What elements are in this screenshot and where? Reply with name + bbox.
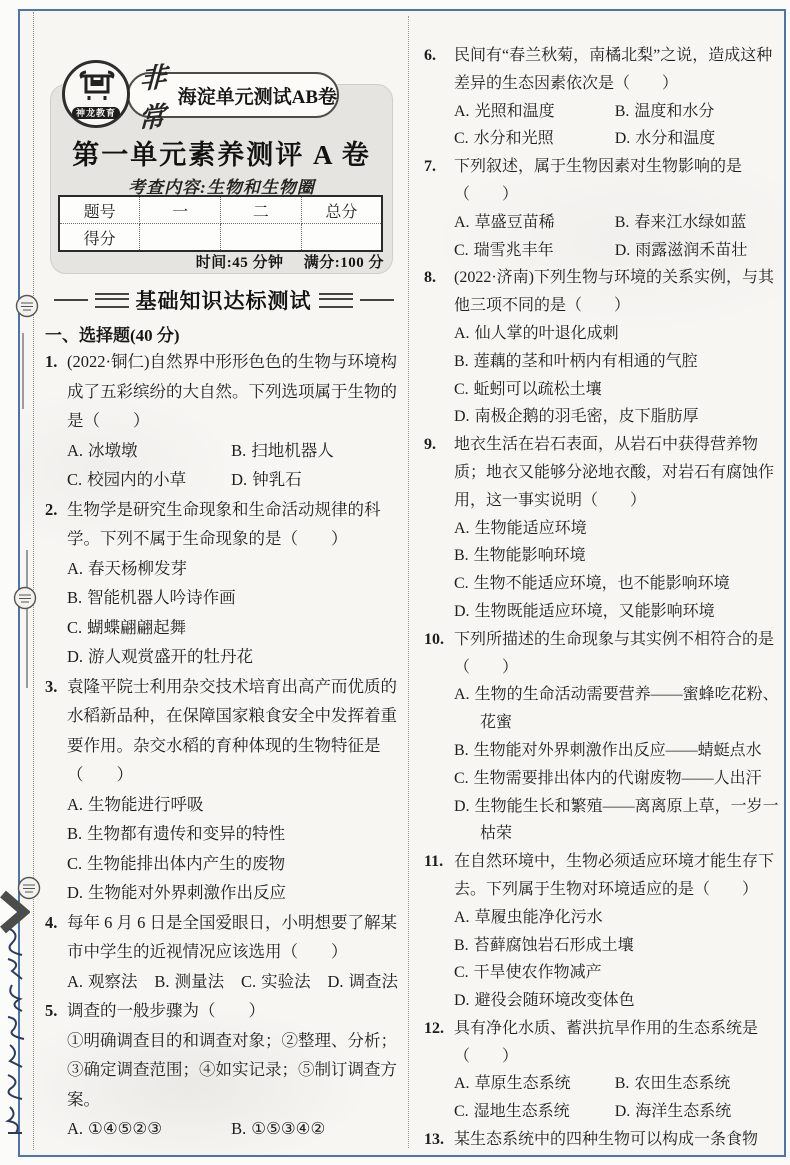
question-options: A.生物能适应环境 B.生物能影响环境 C.生物不能适应环境，也不能影响环境 D… [454, 515, 782, 626]
section-banner: 基础知识达标测试 [45, 285, 402, 315]
option-a: A.冰墩墩 [67, 436, 231, 466]
option-a: A.草履虫能净化污水 [454, 904, 782, 932]
option-a: A.仙人掌的叶退化成刺 [454, 320, 782, 348]
question-number: 5. [45, 996, 57, 1026]
option-a: A.草盛豆苗稀 [454, 209, 615, 237]
option-a: A.生物的生命活动需要营养——蜜蜂吃花粉、花蜜 [454, 681, 782, 737]
question-12: 12.具有净化水质、蓄洪抗旱作用的生态系统是（ ） A.草原生态系统 B.农田生… [424, 1015, 782, 1126]
question-stem: 某生态系统中的四种生物可以构成一条食物 [454, 1131, 758, 1148]
option-d: D.生物既能适应环境，又能影响环境 [454, 598, 782, 626]
option-a: A.春天杨柳发芽 [67, 554, 402, 584]
dragon-mask-logo-icon [78, 70, 116, 107]
question-number: 1. [45, 347, 57, 377]
score-table-header-cell: 一 [140, 196, 221, 224]
option-c: C.水分和光照 [454, 125, 615, 153]
option-b: B.农田生态系统 [615, 1070, 782, 1098]
question-options: A.观察法 B.测量法 C.实验法 D.调查法 [67, 967, 402, 997]
right-question-column: 6.民间有“春兰秋菊，南橘北梨”之说，造成这种差异的生态因素依次是（ ） A.光… [424, 42, 782, 1148]
score-table-score-row: 得分 [59, 224, 382, 252]
question-10: 10.下列所描述的生命现象与其实例不相符合的是（ ） A.生物的生命活动需要营养… [424, 626, 782, 848]
series-banner: 非常 海淀单元测试AB卷 [127, 72, 339, 118]
score-cell-empty [221, 224, 302, 252]
option-c: C.蝴蝶翩翩起舞 [67, 613, 402, 643]
margin-line-segment [26, 550, 28, 688]
handwriting-margin-note [2, 925, 30, 1155]
question-2: 2.生物学是研究生命现象和生命活动规律的科学。下列不属于生命现象的是（ ） A.… [45, 495, 402, 672]
question-number: 11. [424, 848, 443, 876]
question-number: 3. [45, 672, 57, 702]
score-cell-empty [140, 224, 221, 252]
option-d: D.钟乳石 [231, 465, 402, 495]
seal-stamp-icon [15, 294, 39, 318]
option-c: C.生物能排出体内产生的废物 [67, 849, 402, 879]
question-8: 8.(2022·济南)下列生物与环境的关系实例，与其他三项不同的是（ ） A.仙… [424, 264, 782, 431]
option-c: C.蚯蚓可以疏松土壤 [454, 376, 782, 404]
option-d: D.避役会随环境改变体色 [454, 987, 782, 1015]
question-stem: 每年 6 月 6 日是全国爱眼日，小明想要了解某市中学生的近视情况应该选用（ ） [67, 913, 397, 962]
question-number: 7. [424, 153, 436, 181]
question-options: A.冰墩墩 B.扫地机器人 C.校园内的小草 D.钟乳石 [67, 436, 402, 495]
option-d: D.生物能生长和繁殖——离离原上草，一岁一枯荣 [454, 793, 782, 849]
time-and-score-meta: 时间:45 分钟 满分:100 分 [196, 251, 384, 272]
option-b: B.扫地机器人 [231, 436, 402, 466]
option-a: A.草原生态系统 [454, 1070, 615, 1098]
publisher-logo: 神龙教育 [62, 60, 130, 128]
binding-dotted-line [33, 12, 34, 1150]
page-title: 第一单元素养测评 A 卷 [51, 133, 392, 172]
question-3: 3.袁隆平院士利用杂交技术培育出高产而优质的水稻新品种，在保障国家粮食安全中发挥… [45, 672, 402, 908]
question-options: A.草原生态系统 B.农田生态系统 C.湿地生态系统 D.海洋生态系统 [454, 1070, 782, 1126]
question-number: 6. [424, 42, 436, 70]
option-a: A.①④⑤②③ [67, 1114, 231, 1143]
option-a: A.光照和温度 [454, 98, 615, 126]
question-1: 1.(2022·铜仁)自然界中形形色色的生物与环境构成了五彩缤纷的大自然。下列选… [45, 347, 402, 495]
option-d: D.南极企鹅的羽毛密，皮下脂肪厚 [454, 403, 782, 431]
question-number: 10. [424, 626, 444, 654]
option-d: D.调查法 [327, 967, 398, 997]
option-b: B.智能机器人吟诗作画 [67, 583, 402, 613]
question-stem: 地衣生活在岩石表面，从岩石中获得营养物质；地衣又能够分泌地衣酸，对岩石有腐蚀作用… [454, 436, 774, 509]
option-b: B.生物都有遗传和变异的特性 [67, 819, 402, 849]
question-stem: 袁隆平院士利用杂交技术培育出高产而优质的水稻新品种，在保障国家粮食安全中发挥着重… [67, 677, 397, 785]
question-options: A.春天杨柳发芽 B.智能机器人吟诗作画 C.蝴蝶翩翩起舞 D.游人观赏盛开的牡… [67, 554, 402, 672]
option-c: C.实验法 [241, 967, 311, 997]
question-options: A.草履虫能净化污水 B.苔藓腐蚀岩石形成土壤 C.干旱使农作物减产 D.避役会… [454, 904, 782, 1015]
option-c: C.生物不能适应环境，也不能影响环境 [454, 570, 782, 598]
option-b: B.生物能影响环境 [454, 542, 782, 570]
option-b: B.苔藓腐蚀岩石形成土壤 [454, 932, 782, 960]
option-d: D.游人观赏盛开的牡丹花 [67, 642, 402, 672]
banner-left-triple-line [95, 293, 129, 308]
question-9: 9.地衣生活在岩石表面，从岩石中获得营养物质；地衣又能够分泌地衣酸，对岩石有腐蚀… [424, 431, 782, 626]
option-c: C.校园内的小草 [67, 465, 231, 495]
question-options: A.生物能进行呼吸 B.生物都有遗传和变异的特性 C.生物能排出体内产生的废物 … [67, 790, 402, 908]
banner-left-dash [54, 299, 88, 301]
question-stem: (2022·济南)下列生物与环境的关系实例，与其他三项不同的是（ ） [454, 269, 774, 314]
question-5: 5.调查的一般步骤为（ ） ①明确调查目的和调查对象；②整理、分析；③确定调查范… [45, 996, 402, 1143]
banner-right-triple-line [319, 293, 353, 308]
question-6: 6.民间有“春兰秋菊，南橘北梨”之说，造成这种差异的生态因素依次是（ ） A.光… [424, 42, 782, 153]
publisher-name: 神龙教育 [72, 107, 120, 119]
question-stem: 在自然环境中，生物必须适应环境才能生存下去。下列属于生物对环境适应的是（ ） [454, 853, 774, 898]
question-options: A.草盛豆苗稀 B.春来江水绿如蓝 C.瑞雪兆丰年 D.雨露滋润禾苗壮 [454, 209, 782, 265]
margin-line-segment [22, 333, 24, 409]
option-b: B.莲藕的茎和叶柄内有相通的气腔 [454, 348, 782, 376]
score-table-header-cell: 总分 [301, 196, 382, 224]
brand-script-text: 非常 [138, 54, 175, 136]
left-question-column: 1.(2022·铜仁)自然界中形形色色的生物与环境构成了五彩缤纷的大自然。下列选… [45, 347, 402, 1143]
question-number: 4. [45, 908, 57, 938]
column-divider-dotted-line [408, 16, 409, 1148]
question-options: A.仙人掌的叶退化成刺 B.莲藕的茎和叶柄内有相通的气腔 C.蚯蚓可以疏松土壤 … [454, 320, 782, 431]
question-stem: 生物学是研究生命现象和生命活动规律的科学。下列不属于生命现象的是（ ） [67, 500, 381, 549]
question-stem: 民间有“春兰秋菊，南橘北梨”之说，造成这种差异的生态因素依次是（ ） [454, 47, 772, 92]
score-table-header-cell: 题号 [59, 196, 140, 224]
option-c: C.湿地生态系统 [454, 1098, 615, 1126]
option-c: C.生物需要排出体内的代谢废物——人出汗 [454, 765, 782, 793]
question-number: 13. [424, 1126, 444, 1148]
question-4: 4.每年 6 月 6 日是全国爱眼日，小明想要了解某市中学生的近视情况应该选用（… [45, 908, 402, 997]
question-7: 7.下列叙述，属于生物因素对生物影响的是（ ） A.草盛豆苗稀 B.春来江水绿如… [424, 153, 782, 264]
option-b: B.测量法 [154, 967, 224, 997]
option-d: D.生物能对外界刺激作出反应 [67, 878, 402, 908]
option-d: D.水分和温度 [615, 125, 782, 153]
question-stem: (2022·铜仁)自然界中形形色色的生物与环境构成了五彩缤纷的大自然。下列选项属… [67, 352, 397, 430]
score-table: 题号 一 二 总分 得分 [58, 195, 383, 252]
option-c: C.干旱使农作物减产 [454, 959, 782, 987]
question-options: A.生物的生命活动需要营养——蜜蜂吃花粉、花蜜 B.生物能对外界刺激作出反应——… [454, 681, 782, 848]
option-b: B.①⑤③④② [231, 1114, 402, 1143]
question-13: 13.某生态系统中的四种生物可以构成一条食物 [424, 1126, 782, 1148]
option-a: A.观察法 [67, 967, 138, 997]
question-11: 11.在自然环境中，生物必须适应环境才能生存下去。下列属于生物对环境适应的是（ … [424, 848, 782, 1015]
option-a: A.生物能进行呼吸 [67, 790, 402, 820]
seal-stamp-icon [13, 586, 37, 610]
question-stem: 具有净化水质、蓄洪抗旱作用的生态系统是（ ） [454, 1020, 758, 1065]
question-note: ①明确调查目的和调查对象；②整理、分析；③确定调查范围；④如实记录；⑤制订调查方… [67, 1026, 402, 1115]
banner-right-dash [360, 299, 394, 301]
score-table-header-row: 题号 一 二 总分 [59, 196, 382, 224]
question-number: 12. [424, 1015, 444, 1043]
option-c: C.瑞雪兆丰年 [454, 237, 615, 265]
part-one-heading: 一、选择题(40 分) [45, 321, 180, 346]
score-row-label: 得分 [59, 224, 140, 252]
series-title: 海淀单元测试AB卷 [178, 82, 337, 109]
time-limit: 时间:45 分钟 [196, 255, 284, 271]
section-title: 基础知识达标测试 [136, 285, 312, 315]
option-b: B.春来江水绿如蓝 [615, 209, 782, 237]
score-cell-empty [301, 224, 382, 252]
option-a: A.生物能适应环境 [454, 515, 782, 543]
question-stem: 下列叙述，属于生物因素对生物影响的是（ ） [454, 158, 742, 203]
option-b: B.温度和水分 [615, 98, 782, 126]
question-options: A.光照和温度 B.温度和水分 C.水分和光照 D.水分和温度 [454, 98, 782, 154]
option-d: D.雨露滋润禾苗壮 [615, 237, 782, 265]
question-stem: 调查的一般步骤为（ ） [67, 1001, 265, 1020]
option-d: D.海洋生态系统 [615, 1098, 782, 1126]
option-b: B.生物能对外界刺激作出反应——蜻蜓点水 [454, 737, 782, 765]
score-table-header-cell: 二 [221, 196, 302, 224]
question-number: 9. [424, 431, 436, 459]
question-number: 2. [45, 495, 57, 525]
question-number: 8. [424, 264, 436, 292]
question-stem: 下列所描述的生命现象与其实例不相符合的是（ ） [454, 631, 774, 676]
full-score: 满分:100 分 [304, 255, 384, 271]
question-options: A.①④⑤②③ B.①⑤③④② C.⑤①③②④ D.①③⑤④② [67, 1114, 402, 1143]
